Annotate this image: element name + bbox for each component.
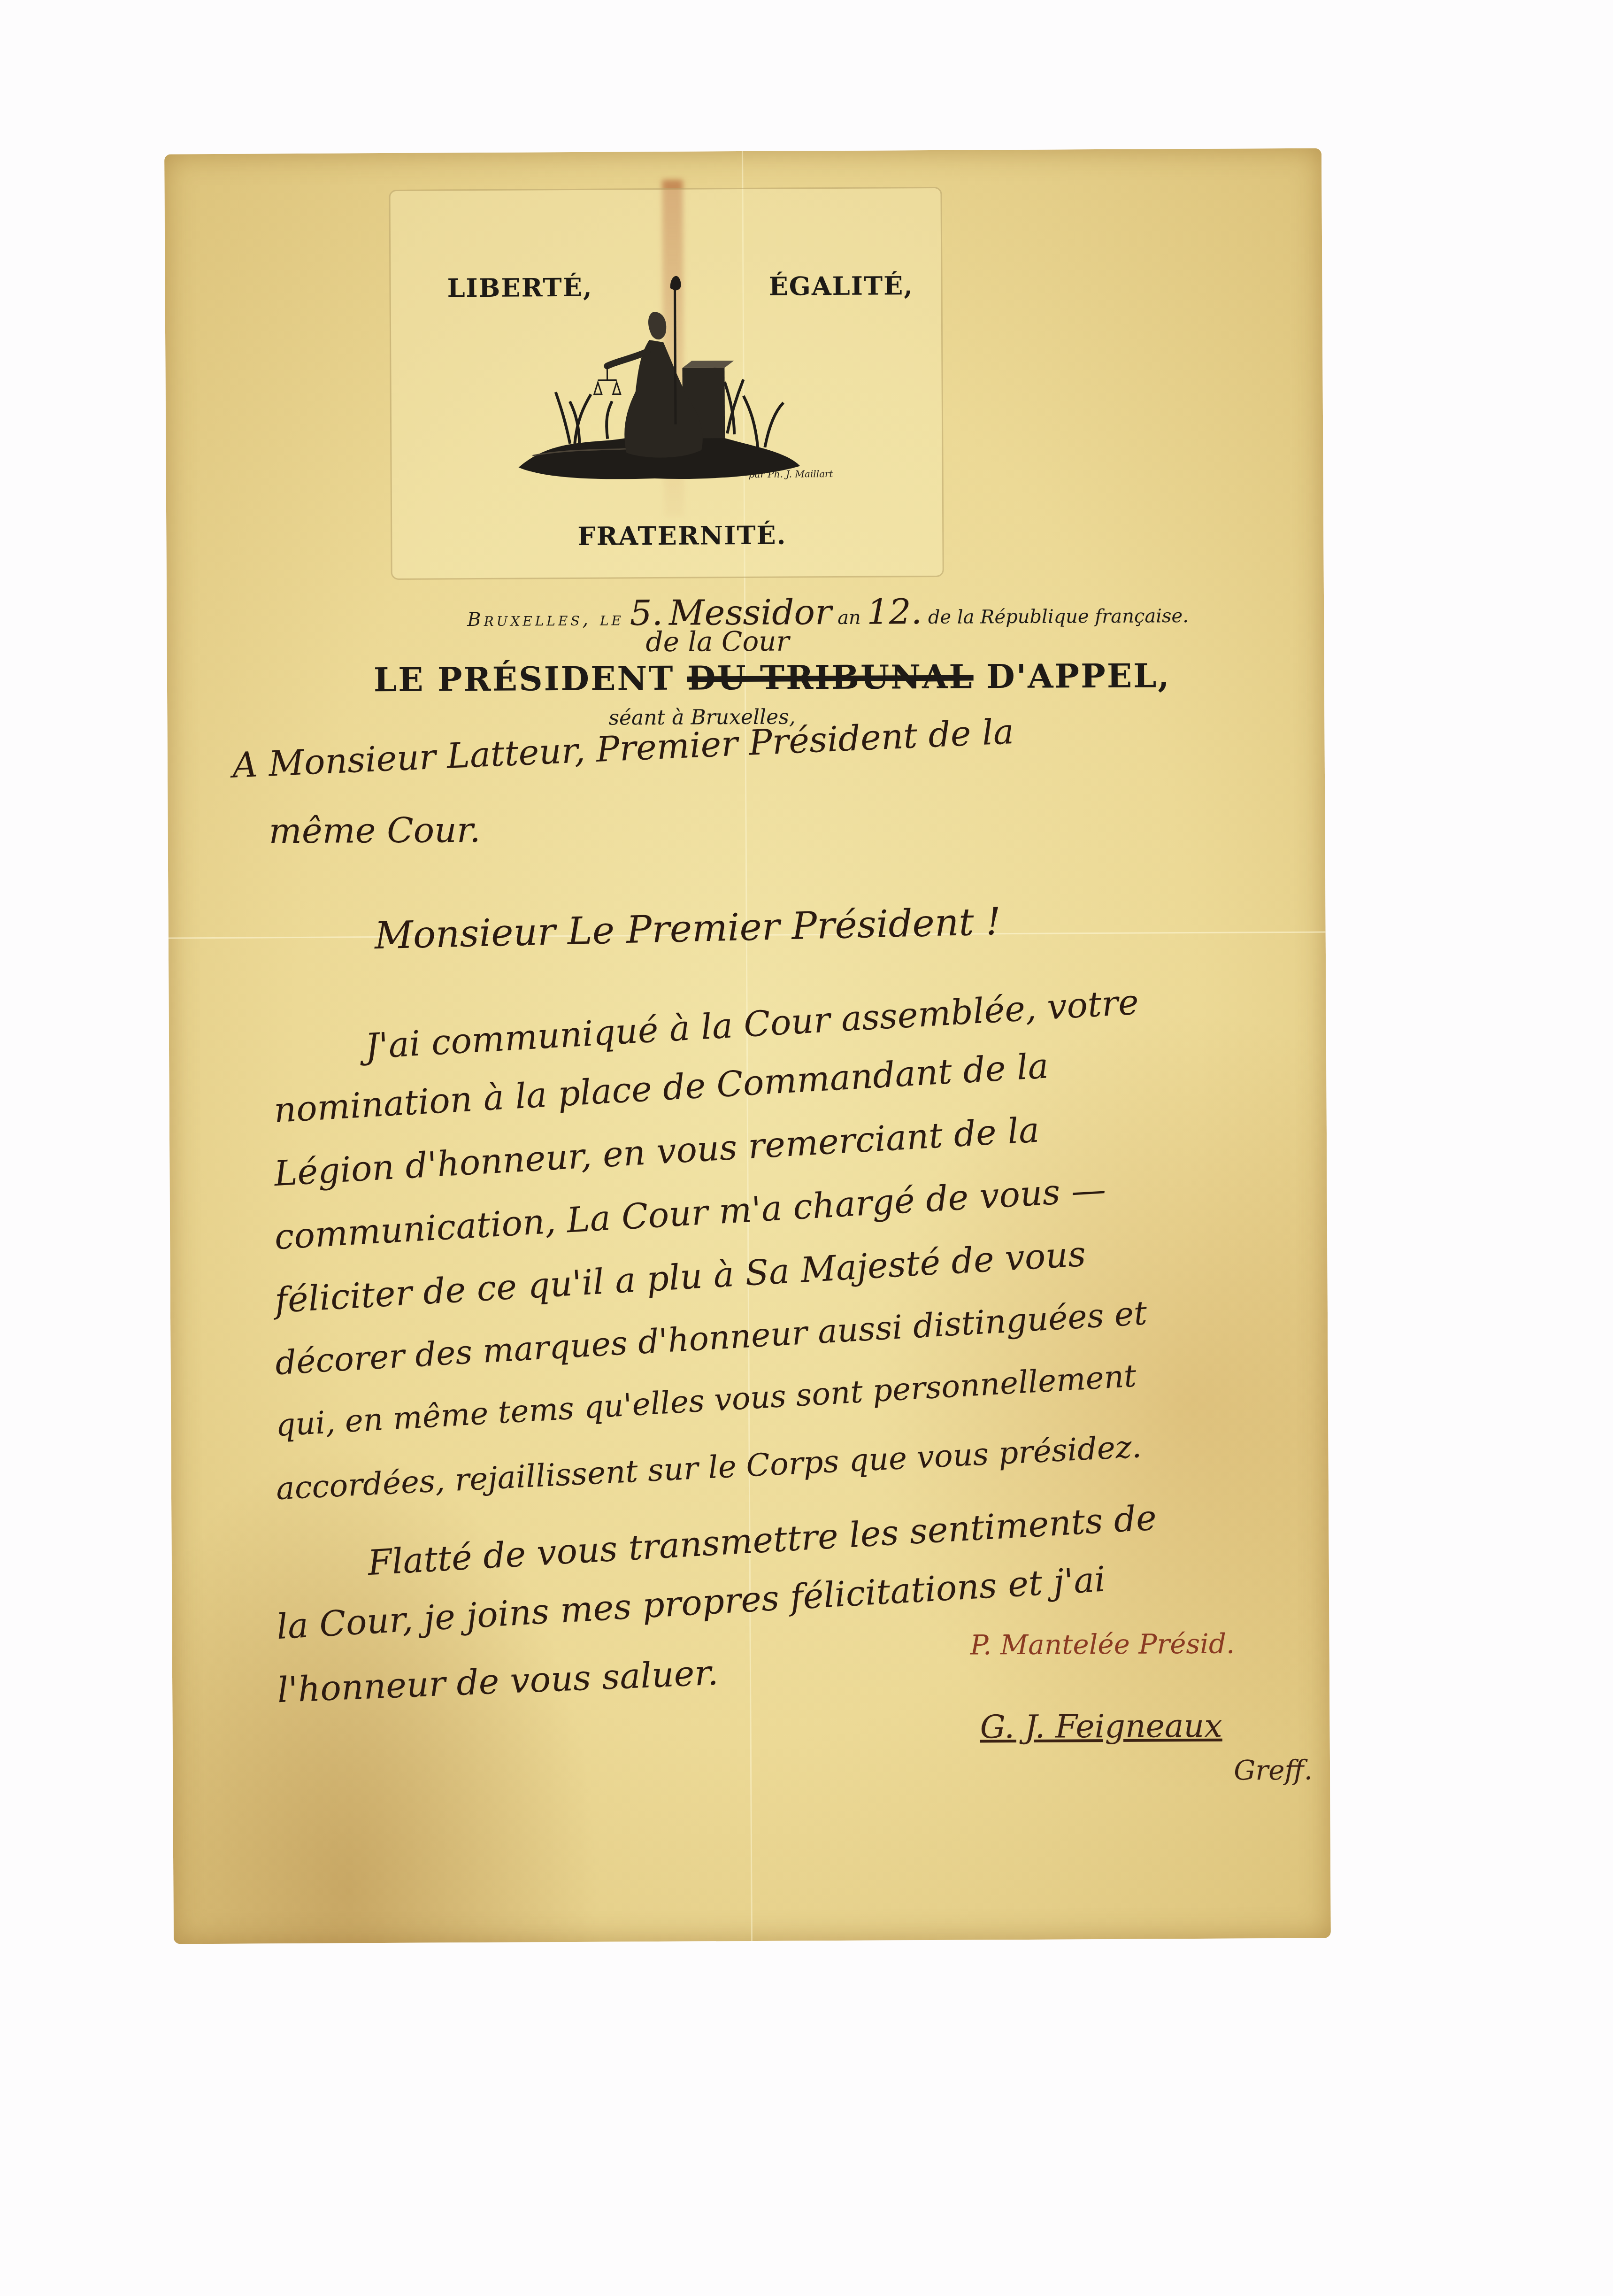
engraved-letterhead-plate: LIBERTÉ, ÉGALITÉ, FRATERNITÉ.: [389, 187, 944, 580]
date-year: 12.: [867, 592, 922, 632]
address-line: même Cour.: [269, 810, 480, 851]
date-line: Bruxelles, le 5. Messidor an 12. de la R…: [467, 590, 1189, 634]
greffier-title: Greff.: [1234, 1754, 1313, 1787]
motto-fraternite: FRATERNITÉ.: [577, 520, 786, 551]
handwritten-insert: de la Cour: [645, 625, 789, 658]
date-suffix: de la République française.: [928, 605, 1189, 628]
date-place: Bruxelles, le: [467, 608, 624, 631]
salutation: Monsieur Le Premier Président !: [374, 900, 1001, 957]
title-suffix: D'APPEL,: [986, 656, 1171, 696]
body-line: l'honneur de vous saluer.: [277, 1653, 719, 1711]
body-line: accordées, rejaillissent sur le Corps qu…: [275, 1428, 1142, 1507]
title-prefix: LE PRÉSIDENT: [374, 659, 675, 699]
date-year-prefix: an: [837, 607, 861, 629]
president-signature: P. Mantelée Présid.: [970, 1628, 1235, 1661]
letter-paper: LIBERTÉ, ÉGALITÉ, FRATERNITÉ.: [164, 148, 1331, 1944]
page-title: LE PRÉSIDENT DU TRIBUNAL D'APPEL,: [374, 656, 1171, 699]
greffier-signature: G. J. Feigneaux: [980, 1708, 1222, 1746]
engraver-credit: par Ph. J. Maillart: [749, 468, 833, 480]
title-struck-text: DU TRIBUNAL: [687, 657, 974, 697]
liberty-allegory-engraving-icon: [513, 269, 805, 486]
